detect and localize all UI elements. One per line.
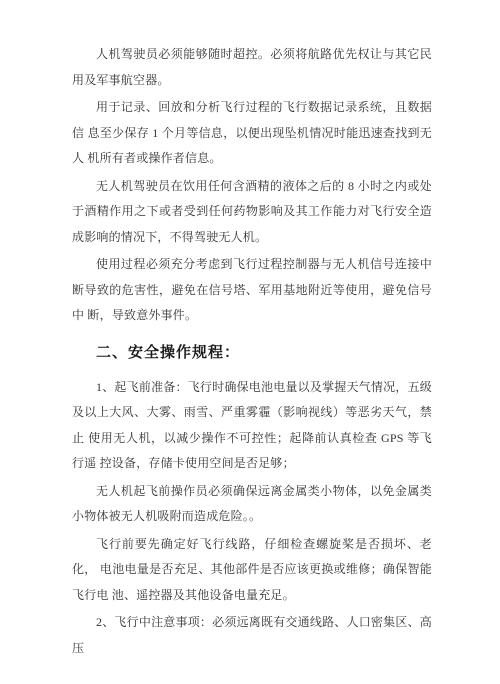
section-heading-safety-rules: 二、安全操作规程： [72,342,432,364]
paragraph-metal-objects-warning: 无人机起飞前操作员必须确保远离金属类小物体，以免金属类小物体被无人机吸附而造成危… [72,479,432,530]
paragraph-inflight-precautions: 2、飞行中注意事项：必须远离既有交通线路、人口密集区、高 压 [72,610,432,661]
paragraph-pilot-override: 人机驾驶员必须能够随时超控。必须将航路优先权让与其它民用及军事航空器。 [72,42,432,93]
document-page: 人机驾驶员必须能够随时超控。必须将航路优先权让与其它民用及军事航空器。 用于记录… [0,0,500,684]
paragraph-preflight-preparation: 1、起飞前准备：飞行时确保电池电量以及掌握天气情况，五级 及以上大风、大雾、雨雪… [72,375,432,477]
paragraph-flight-data-recorder: 用于记录、回放和分析飞行过程的飞行数据记录系统，且数据信 息至少保存 1 个月等… [72,95,432,172]
paragraph-route-and-battery-check: 飞行前要先确定好飞行线路，仔细检查螺旋桨是否损坏、老化， 电池电量是否充足、其他… [72,532,432,609]
paragraph-alcohol-restriction: 无人机驾驶员在饮用任何含酒精的液体之后的 8 小时之内或处 于酒精作用之下或者受… [72,174,432,251]
paragraph-signal-loss-risk: 使用过程必须充分考虑到飞行过程控制器与无人机信号连接中 断导致的危害性，避免在信… [72,252,432,329]
